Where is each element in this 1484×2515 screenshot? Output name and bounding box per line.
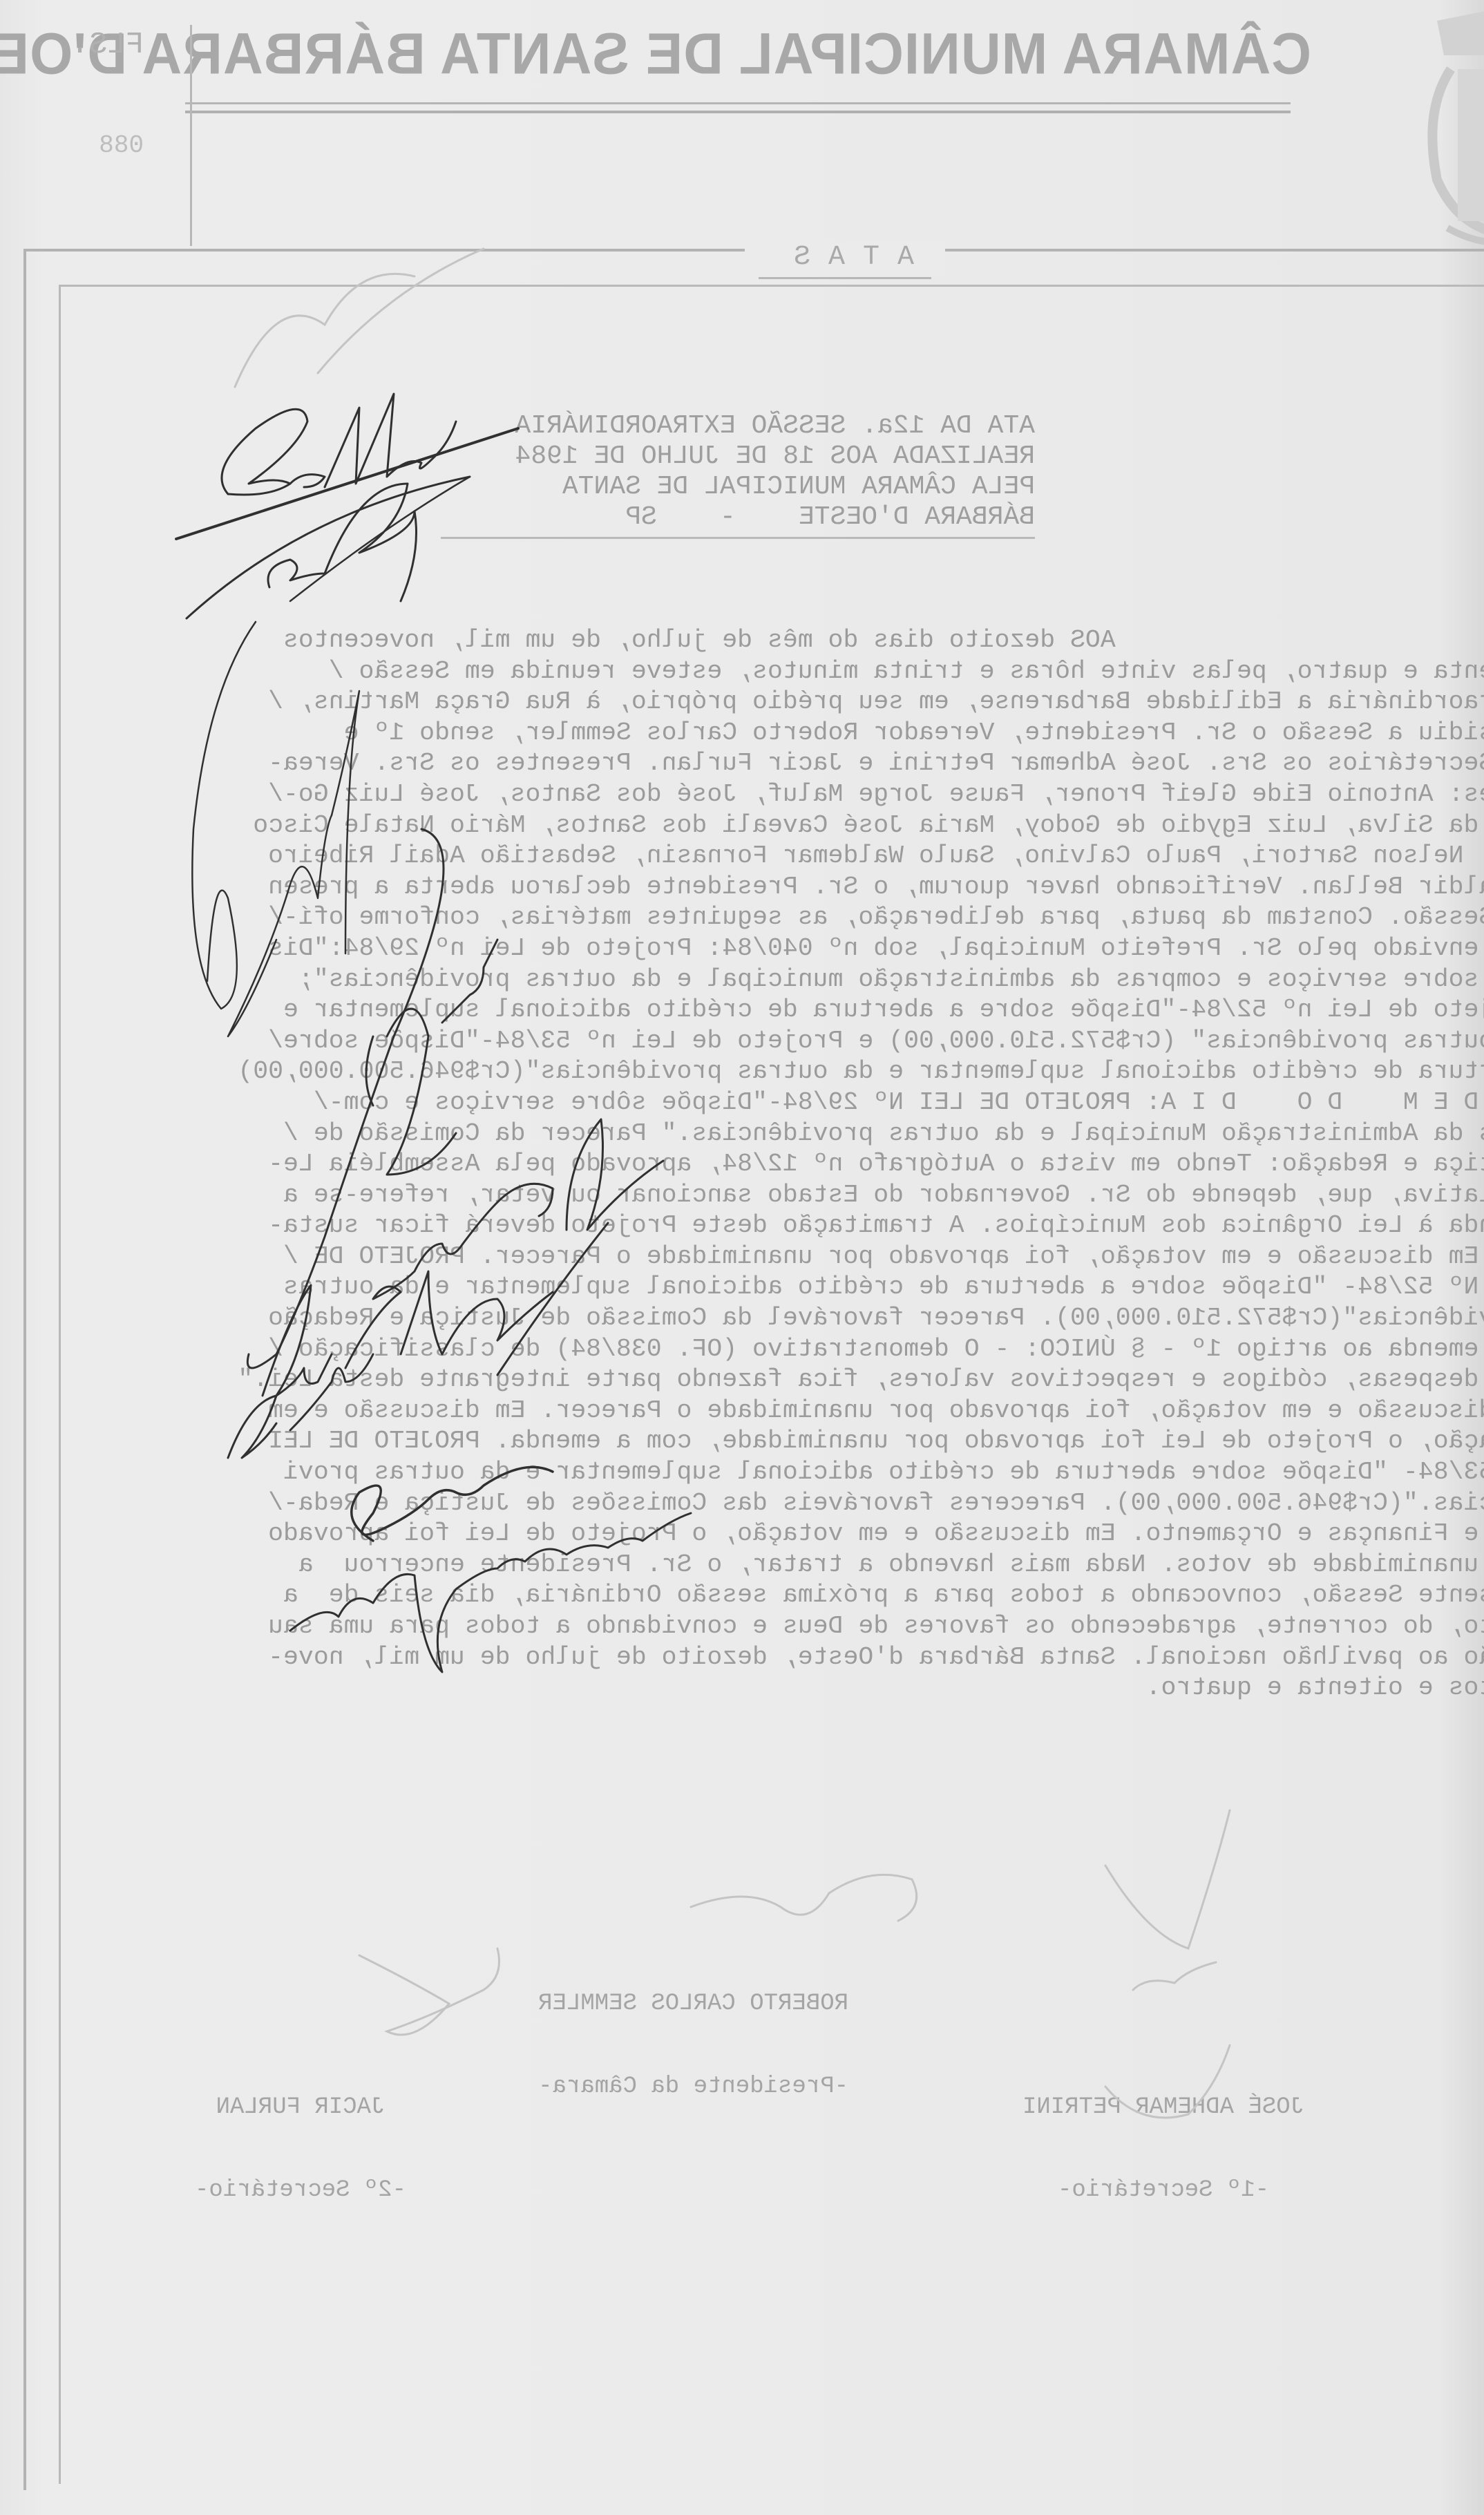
section-tab: ATAS	[745, 242, 945, 276]
first-secretary-name: JOSÉ ADHEMAR PETRINI	[1022, 2094, 1304, 2121]
body-line: põe sobre serviços e compras da administ…	[88, 965, 1484, 996]
body-line: te Sessão. Constam da pauta, para delibe…	[88, 902, 1484, 933]
body-line: dores: Antonio Eide Gleif Proner, Fause …	[88, 779, 1484, 810]
body-line: gislativa, que, depende do Sr. Governado…	[88, 1180, 1484, 1211]
minutes-heading: ATA DA 12a. SESSÃO EXTRAORDINÁRIAREALIZA…	[441, 411, 1035, 539]
fls-label: FLS.	[70, 28, 144, 62]
second-secretary-role: -2º Secretário-	[195, 2176, 406, 2204]
body-line: centos e oitenta e quatro.	[88, 1673, 1484, 1704]
body-line: da. Em discussão e em votação, foi aprov…	[88, 1242, 1484, 1273]
body-line: presente Sessão, convocando a todos para…	[88, 1580, 1484, 1611]
body-line: de outras providências" (Cr$572.510.000,…	[88, 1026, 1484, 1057]
minutes-body: AOS dezoito dias do mês de julho, de um …	[88, 625, 1484, 1704]
body-line: gosto, do corrente, agradecendo os favor…	[88, 1611, 1484, 1642]
president-role: -Presidente da Câmara-	[538, 2073, 848, 2100]
second-secretary-name: JACIR FURLAN	[195, 2094, 406, 2121]
body-line: lin, Nelson Sartori, Paulo Calvino, Saul…	[88, 841, 1484, 872]
body-line: Presidiu a Sessão o Sr. Presidente, Vere…	[88, 718, 1484, 749]
mirrored-printed-sheet: CÂMARA MUNICIPAL DE SANTA BÁRBARA D'OEST…	[0, 0, 1484, 2515]
fls-divider	[190, 25, 192, 246]
body-line: Nº 53/84- "Dispõe sobre abertura de créd…	[88, 1457, 1484, 1488]
body-line: Projeto de Lei nº 52/84-"Dispõe sobre a …	[88, 995, 1484, 1026]
signature-block-first-secretary: JOSÉ ADHEMAR PETRINI -1º Secretário-	[1022, 2038, 1304, 2259]
body-line: LEI Nº 52/84- "Dispõe sobre a abertura d…	[88, 1272, 1484, 1303]
heading-line: REALIZADA AOS 18 DE JULHO DE 1984	[441, 442, 1035, 472]
body-line: cio enviado pelo Sr. Prefeito Municipal,…	[88, 933, 1484, 965]
letterhead-title: CÂMARA MUNICIPAL DE SANTA BÁRBARA D'OEST…	[0, 21, 1311, 88]
body-line: das despesas, códigos e respectivos valo…	[88, 1365, 1484, 1396]
body-line: Em discussão e em votação, foi aprovado …	[88, 1396, 1484, 1427]
body-line: providências"(Cr$572.510.000,00). Parece…	[88, 1303, 1484, 1334]
body-line: O R D E M D O D I A: PROJETO DE LEI Nº 2…	[88, 1088, 1484, 1119]
body-line: por unanimidade de votos. Nada mais have…	[88, 1550, 1484, 1581]
body-line: Justiça e Redação: Tendo em vista o Autó…	[88, 1149, 1484, 1180]
body-line: dências."(Cr$946.500.000,00). Pareceres …	[88, 1488, 1484, 1519]
first-secretary-role: -1º Secretário-	[1022, 2176, 1304, 2204]
heading-line: PELA CÂMARA MUNICIPAL DE SANTA	[441, 472, 1035, 502]
body-line: e Valdir Bellan. Verificando haver quoru…	[88, 872, 1484, 903]
body-line: ção e Finanças e Orçamento. Em discussão…	[88, 1519, 1484, 1550]
body-line: AOS dezoito dias do mês de julho, de um …	[88, 625, 1484, 656]
heading-line: ATA DA 12a. SESSÃO EXTRAORDINÁRIA	[441, 411, 1035, 442]
signature-block-second-secretary: JACIR FURLAN -2º Secretário-	[195, 2038, 406, 2259]
body-line: dação ao pavilhão nacional. Santa Bárbar…	[88, 1642, 1484, 1673]
page-number: 088	[99, 131, 144, 160]
heading-line: BÁRBARA D'OESTE - SP	[441, 502, 1035, 533]
signature-block-president: ROBERTO CARLOS SEMMLER -Presidente da Câ…	[538, 1935, 848, 2156]
body-line: 2º Secretários os Srs. José Adhemar Petr…	[88, 748, 1484, 779]
body-line: votação, o Projeto de Lei foi aprovado p…	[88, 1426, 1484, 1457]
coat-of-arms-seal	[1409, 0, 1484, 249]
body-line: com emenda ao artigo 1º - § ÚNICO: - O d…	[88, 1334, 1484, 1365]
body-line: emenda à Lei Orgânica dos Municípios. A …	[88, 1211, 1484, 1242]
president-name: ROBERTO CARLOS SEMMLER	[538, 1990, 848, 2018]
body-line: mes da Silva, Luiz Egydio de Godoy, Mari…	[88, 810, 1484, 842]
letterhead-rule	[185, 102, 1291, 104]
body-line: Extraordinária a Edilidade Barbarense, e…	[88, 687, 1484, 718]
body-line: oitenta e quatro, pelas vinte hôras e tr…	[88, 656, 1484, 687]
body-line: abertura de crédito adicional suplementa…	[88, 1056, 1484, 1088]
body-line: pras da Administração Municipal e da out…	[88, 1119, 1484, 1150]
letterhead-rule	[185, 111, 1291, 113]
